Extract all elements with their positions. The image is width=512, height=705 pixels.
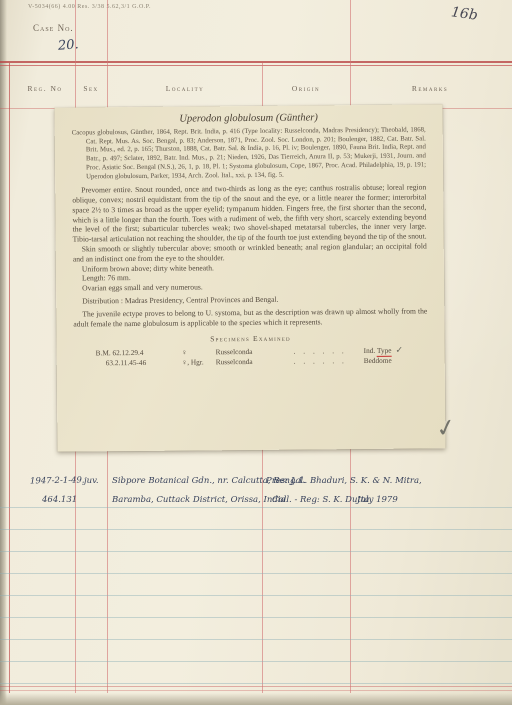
specimen-number: 63.2.11.45-46: [96, 358, 182, 369]
specimen-source: Ind. Type✓: [364, 346, 404, 356]
leader-dots: . . . . . .: [294, 346, 364, 357]
pasted-species-card: Uperodon globulosum (Günther) Cacopus gl…: [55, 104, 446, 451]
bottom-rule-line-2: [0, 690, 512, 691]
entry-origin: Pres: J. L. Bhaduri, S. K. & N. Mitra,: [266, 476, 422, 486]
specimen-source: Beddome: [364, 356, 392, 366]
specimen-sex: ♀, Hgr.: [182, 358, 216, 368]
specimen-row: 63.2.11.45-46 ♀, Hgr. Russelconda . . . …: [96, 356, 428, 369]
description-paragraph-1: Prevomer entire. Snout rounded, once and…: [72, 183, 426, 245]
top-rule-line-2: [0, 65, 512, 66]
page-bottom-edge: [0, 693, 512, 705]
entry-remarks: July 1979: [357, 495, 398, 505]
entry-sex: juv.: [84, 476, 99, 486]
check-mark-icon: ✓: [433, 412, 458, 444]
column-header-sex: Sex: [83, 84, 98, 93]
distribution-line: Distribution : Madras Presidency, Centra…: [73, 293, 427, 306]
ovarian-eggs-line: Ovarian eggs small and very numerous.: [73, 281, 427, 294]
entry-reg-no: 1947-2-1-49.: [30, 476, 85, 487]
entry-locality: Baramba, Cuttack District, Orissa, India…: [112, 495, 288, 505]
entry-reg-no: 464.131: [42, 495, 77, 505]
specimens-examined-heading: Specimens Examined: [73, 333, 427, 345]
column-header-remarks: Remarks: [412, 84, 448, 93]
specimen-locality: Russelconda: [216, 357, 294, 368]
remarks-paragraph: The juvenile ectype proves to belong to …: [73, 306, 427, 329]
check-mark-small: ✓: [395, 346, 403, 356]
entry-origin: Coll. - Reg: S. K. Dutta: [272, 495, 369, 505]
page-number: 16b: [450, 4, 479, 24]
specimen-source-prefix: Ind.: [364, 346, 376, 355]
ruled-lines: [0, 486, 512, 687]
column-header-locality: Locality: [166, 84, 205, 93]
register-page: V-5034(66) 4.00 Res. 3/38 5.62,3/1 G.O.P…: [0, 0, 512, 705]
top-rule-line: [0, 61, 512, 63]
species-title: Uperodon globulosum (Günther): [72, 111, 426, 125]
leader-dots: . . . . . .: [294, 356, 364, 367]
specimen-locality: Russelconda: [216, 347, 294, 358]
synonymy-paragraph: Cacopus globulosus, Günther, 1864, Rept.…: [72, 126, 426, 181]
specimen-sex: ♀: [182, 348, 216, 358]
column-header-reg-no: Reg. No: [28, 84, 63, 93]
case-number-label: Case No.: [33, 23, 74, 33]
form-print-code: V-5034(66) 4.00 Res. 3/38 5.62,3/1 G.O.P…: [28, 4, 151, 10]
column-header-origin: Origin: [292, 84, 320, 93]
